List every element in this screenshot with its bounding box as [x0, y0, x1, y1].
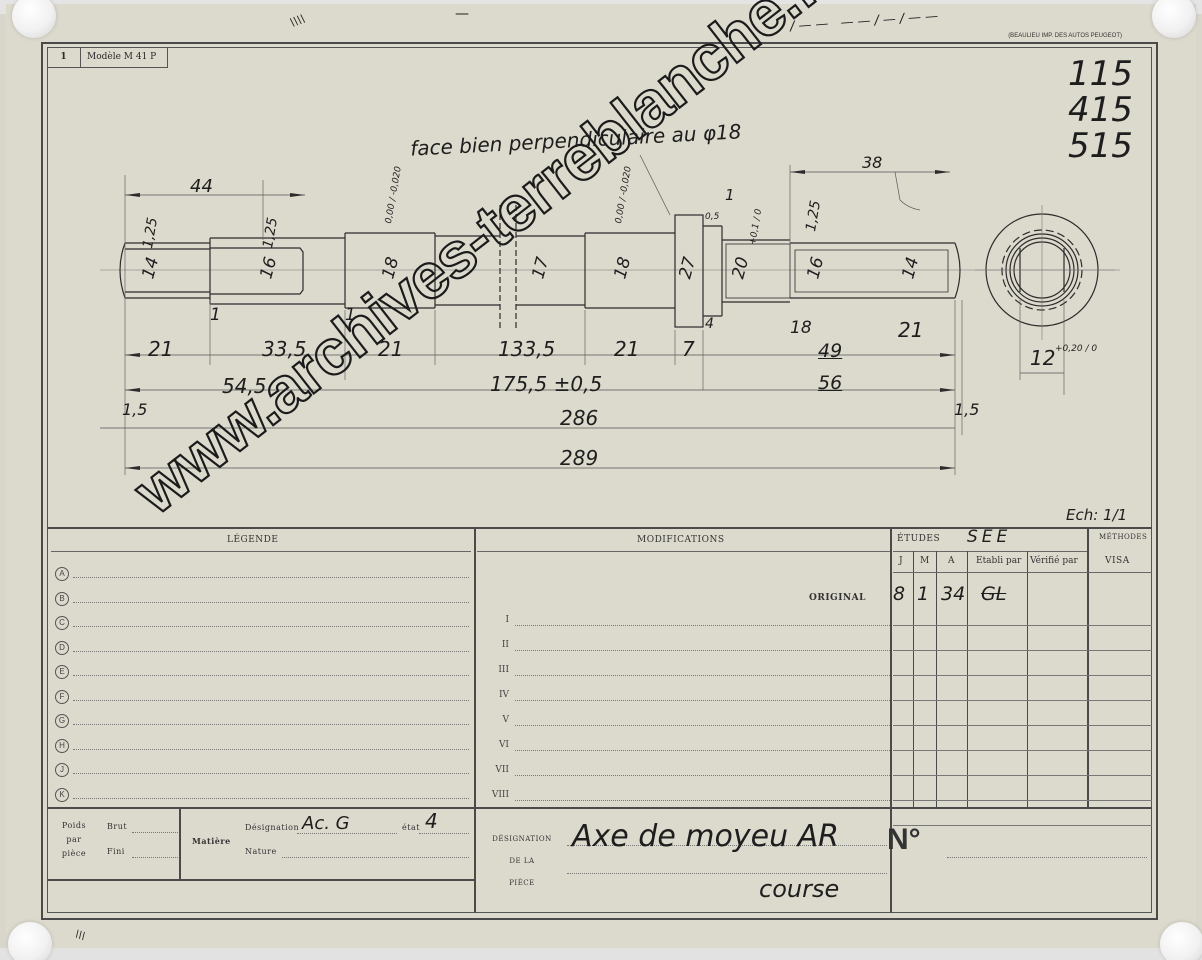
- legend-letter: E: [55, 665, 69, 679]
- legend-item: G: [55, 714, 69, 728]
- legend-letter: H: [55, 739, 69, 753]
- legend-letter: C: [55, 616, 69, 630]
- small-dim-1c: 1: [725, 186, 735, 204]
- dim-56: 56: [818, 372, 842, 394]
- legend-item: K: [55, 788, 69, 802]
- etudes-title: ÉTUDES: [897, 534, 940, 544]
- part-label-1: DÉSIGNATION: [487, 835, 557, 843]
- dim-33-5: 33,5: [262, 337, 307, 361]
- scale-label: Ech: 1/1: [1066, 506, 1127, 524]
- original-month: 1: [917, 583, 929, 605]
- end-view-tolerance: +0,20 / 0: [1055, 344, 1097, 354]
- dim-44: 44: [190, 176, 213, 197]
- modifications-title: MODIFICATIONS: [637, 535, 725, 545]
- dim-18: 18: [790, 318, 812, 338]
- modification-row-label: VI: [479, 740, 509, 750]
- modification-row-label: IV: [479, 690, 509, 700]
- weight-brut-label: Brut: [107, 822, 127, 831]
- col-a: A: [948, 556, 955, 566]
- dim-286: 286: [560, 406, 598, 430]
- part-name: Axe de moyeu AR: [572, 819, 839, 854]
- part-label-2: DE LA: [487, 857, 557, 865]
- title-block: LÉGENDE ABCDEFGHJK MODIFICATIONS ORIGINA…: [47, 527, 1152, 913]
- dim-289: 289: [560, 446, 598, 470]
- legend-title: LÉGENDE: [227, 535, 278, 545]
- legend-letter: J: [55, 763, 69, 777]
- original-day: 8: [893, 583, 905, 605]
- dim-38: 38: [862, 153, 882, 172]
- dim-54-5: 54,5: [222, 374, 267, 398]
- dim-133-5: 133,5: [498, 337, 555, 361]
- tol-chamfer: 0,5: [705, 212, 719, 222]
- legend-item: D: [55, 641, 69, 655]
- dim-175-5: 175,5 ±0,5: [490, 372, 602, 396]
- legend-item: E: [55, 665, 69, 679]
- legend-item: J: [55, 763, 69, 777]
- methodes-title: MÉTHODES: [1099, 533, 1147, 541]
- weight-label: Poids par pièce: [59, 819, 89, 861]
- dim-49: 49: [818, 340, 842, 362]
- legend-item: B: [55, 592, 69, 606]
- etudes-service: SEE: [967, 527, 1011, 547]
- small-dim-1b: 1: [345, 305, 356, 325]
- material-designation-value: Ac. G: [302, 813, 350, 834]
- legend-letter: G: [55, 714, 69, 728]
- legend-item: H: [55, 739, 69, 753]
- legend-letter: F: [55, 690, 69, 704]
- modification-row-label: III: [479, 665, 509, 675]
- legend-item: F: [55, 690, 69, 704]
- dim-1-5-left: 1,5: [122, 400, 147, 419]
- part-label-3: PIÈCE: [487, 879, 557, 887]
- modification-row-label: I: [479, 615, 509, 625]
- original-etabli-par: GL: [981, 583, 1006, 605]
- dim-21-b: 21: [378, 337, 403, 361]
- dim-1-5-right: 1,5: [954, 400, 979, 419]
- col-m: M: [920, 556, 930, 566]
- original-year: 34: [941, 583, 965, 605]
- legend-letter: B: [55, 592, 69, 606]
- small-dim-4: 4: [705, 316, 714, 332]
- end-view-dim-12: 12: [1030, 346, 1055, 370]
- legend-letter: A: [55, 567, 69, 581]
- legend-letter: K: [55, 788, 69, 802]
- dim-7: 7: [682, 337, 695, 361]
- etat-label: état: [402, 823, 420, 832]
- dim-21-d: 21: [898, 318, 923, 342]
- visa-label: VISA: [1105, 556, 1130, 566]
- legend-item: A: [55, 567, 69, 581]
- nature-label: Nature: [245, 847, 277, 856]
- modification-row-label: VII: [479, 765, 509, 775]
- dim-21-c: 21: [614, 337, 639, 361]
- dim-21-a: 21: [148, 337, 173, 361]
- col-j: J: [899, 556, 903, 566]
- modification-row-label: V: [479, 715, 509, 725]
- legend-letter: D: [55, 641, 69, 655]
- part-name-line2: course: [759, 875, 839, 903]
- original-label: ORIGINAL: [809, 593, 866, 603]
- material-etat-value: 4: [425, 809, 438, 833]
- material-label: Matière: [192, 836, 231, 846]
- weight-fini-label: Fini: [107, 847, 125, 856]
- small-dim-1a: 1: [210, 305, 221, 325]
- part-number-label: N°: [887, 823, 921, 857]
- designation-label: Désignation: [245, 823, 299, 832]
- modification-row-label: II: [479, 640, 509, 650]
- modification-row-label: VIII: [479, 790, 509, 800]
- legend-item: C: [55, 616, 69, 630]
- col-verifie: Vérifié par: [1030, 556, 1078, 566]
- col-etabli: Etabli par: [976, 556, 1021, 566]
